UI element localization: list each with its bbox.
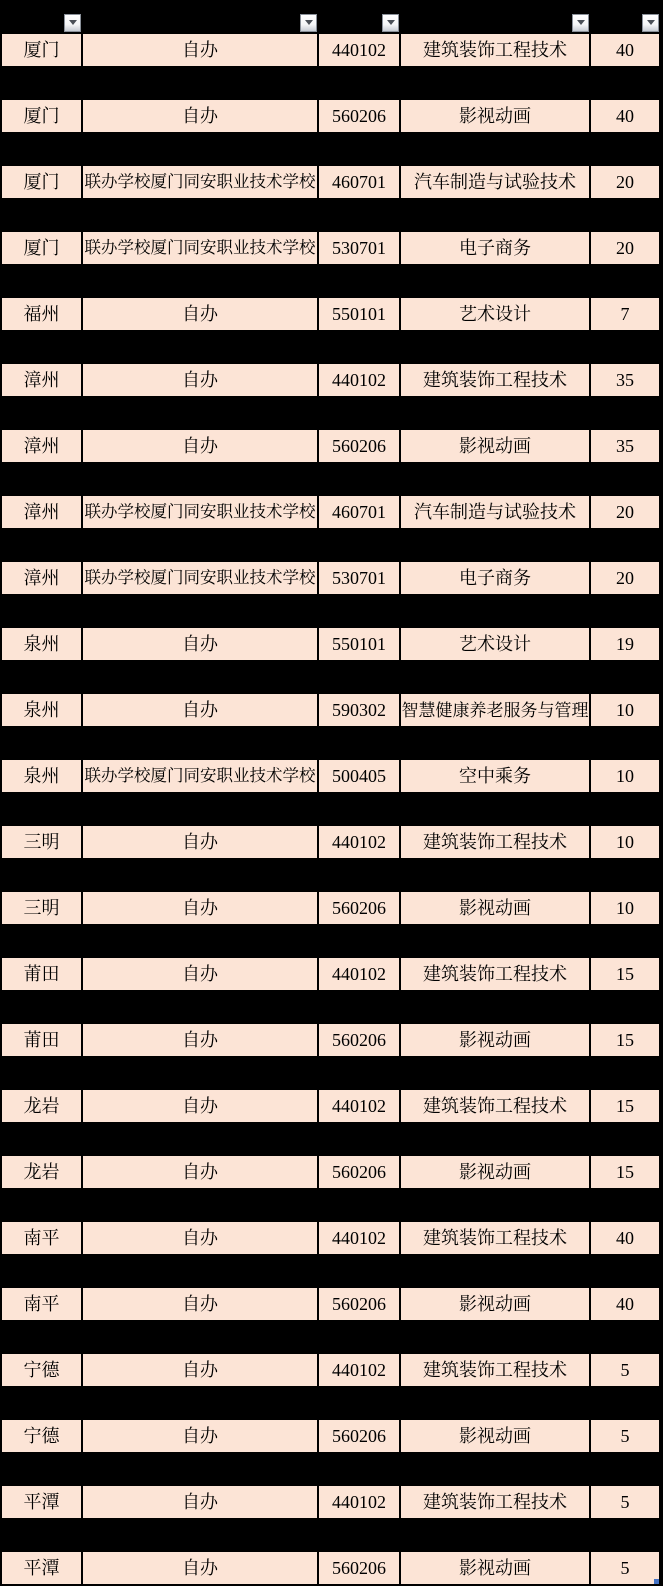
filter-dropdown-icon — [305, 20, 313, 25]
cell-organizer[interactable]: 自办 — [83, 1222, 317, 1254]
table-row: 龙岩 自办 560206 影视动画 15 — [2, 1156, 663, 1188]
table-row: 福州 自办 550101 艺术设计 7 — [2, 298, 663, 330]
filter-header-row — [0, 0, 663, 34]
selection-fill-handle[interactable] — [654, 1579, 659, 1584]
cell-city[interactable]: 厦门 — [2, 166, 81, 198]
table-row: 厦门 自办 560206 影视动画 40 — [2, 100, 663, 132]
cell-major-code[interactable]: 440102 — [319, 34, 399, 66]
cell-major-name[interactable]: 影视动画 — [401, 1552, 589, 1584]
table-row: 漳州 联办学校厦门同安职业技术学校 530701 电子商务 20 — [2, 562, 663, 594]
cell-major-name[interactable]: 影视动画 — [401, 1156, 589, 1188]
cell-quota[interactable]: 35 — [591, 430, 659, 462]
cell-city[interactable]: 莆田 — [2, 1024, 81, 1056]
cell-organizer[interactable]: 自办 — [83, 430, 317, 462]
cell-major-code[interactable]: 460701 — [319, 496, 399, 528]
filter-dropdown-button-major_code[interactable] — [382, 14, 399, 32]
cell-major-name[interactable]: 建筑装饰工程技术 — [401, 958, 589, 990]
cell-major-name[interactable]: 影视动画 — [401, 892, 589, 924]
cell-major-name[interactable]: 影视动画 — [401, 1420, 589, 1452]
cell-major-code[interactable]: 440102 — [319, 364, 399, 396]
cell-quota[interactable]: 5 — [591, 1420, 659, 1452]
filter-dropdown-icon — [69, 20, 77, 25]
cell-major-code[interactable]: 590302 — [319, 694, 399, 726]
cell-city[interactable]: 漳州 — [2, 430, 81, 462]
cell-organizer[interactable]: 联办学校厦门同安职业技术学校 — [83, 496, 317, 528]
cell-major-name[interactable]: 建筑装饰工程技术 — [401, 1090, 589, 1122]
table-row: 龙岩 自办 440102 建筑装饰工程技术 15 — [2, 1090, 663, 1122]
cell-quota[interactable]: 10 — [591, 892, 659, 924]
cell-quota[interactable]: 5 — [591, 1552, 659, 1584]
cell-quota[interactable]: 10 — [591, 760, 659, 792]
table-row: 莆田 自办 440102 建筑装饰工程技术 15 — [2, 958, 663, 990]
cell-major-code[interactable]: 560206 — [319, 1024, 399, 1056]
cell-city[interactable]: 泉州 — [2, 628, 81, 660]
cell-city[interactable]: 泉州 — [2, 760, 81, 792]
cell-quota[interactable]: 20 — [591, 562, 659, 594]
cell-major-code[interactable]: 560206 — [319, 892, 399, 924]
cell-city[interactable]: 莆田 — [2, 958, 81, 990]
cell-organizer[interactable]: 自办 — [83, 298, 317, 330]
table-row: 南平 自办 440102 建筑装饰工程技术 40 — [2, 1222, 663, 1254]
table-row: 漳州 联办学校厦门同安职业技术学校 460701 汽车制造与试验技术 20 — [2, 496, 663, 528]
cell-major-name[interactable]: 电子商务 — [401, 562, 589, 594]
cell-organizer[interactable]: 联办学校厦门同安职业技术学校 — [83, 760, 317, 792]
cell-city[interactable]: 三明 — [2, 892, 81, 924]
cell-city[interactable]: 平潭 — [2, 1486, 81, 1518]
cell-city[interactable]: 南平 — [2, 1222, 81, 1254]
cell-city[interactable]: 平潭 — [2, 1552, 81, 1584]
cell-organizer[interactable]: 自办 — [83, 628, 317, 660]
cell-city[interactable]: 漳州 — [2, 562, 81, 594]
cell-quota[interactable]: 5 — [591, 1354, 659, 1386]
cell-city[interactable]: 福州 — [2, 298, 81, 330]
cell-organizer[interactable]: 自办 — [83, 1354, 317, 1386]
cell-quota[interactable]: 10 — [591, 826, 659, 858]
cell-major-name[interactable]: 电子商务 — [401, 232, 589, 264]
cell-quota[interactable]: 35 — [591, 364, 659, 396]
cell-organizer[interactable]: 自办 — [83, 1486, 317, 1518]
cell-city[interactable]: 三明 — [2, 826, 81, 858]
cell-quota[interactable]: 7 — [591, 298, 659, 330]
cell-major-name[interactable]: 建筑装饰工程技术 — [401, 1486, 589, 1518]
cell-organizer[interactable]: 自办 — [83, 1288, 317, 1320]
cell-quota[interactable]: 15 — [591, 958, 659, 990]
table-row: 三明 自办 560206 影视动画 10 — [2, 892, 663, 924]
cell-major-code[interactable]: 550101 — [319, 298, 399, 330]
cell-quota[interactable]: 20 — [591, 496, 659, 528]
cell-major-code[interactable]: 560206 — [319, 1420, 399, 1452]
cell-major-code[interactable]: 440102 — [319, 958, 399, 990]
filter-dropdown-button-major_name[interactable] — [572, 14, 589, 32]
cell-major-code[interactable]: 440102 — [319, 826, 399, 858]
cell-quota[interactable]: 5 — [591, 1486, 659, 1518]
filter-dropdown-icon — [647, 20, 655, 25]
cell-major-name[interactable]: 建筑装饰工程技术 — [401, 826, 589, 858]
cell-major-code[interactable]: 560206 — [319, 100, 399, 132]
table-row: 漳州 自办 560206 影视动画 35 — [2, 430, 663, 462]
cell-quota[interactable]: 40 — [591, 100, 659, 132]
cell-major-name[interactable]: 建筑装饰工程技术 — [401, 1354, 589, 1386]
cell-major-code[interactable]: 530701 — [319, 562, 399, 594]
cell-quota[interactable]: 15 — [591, 1156, 659, 1188]
cell-major-code[interactable]: 560206 — [319, 1288, 399, 1320]
cell-major-name[interactable]: 艺术设计 — [401, 628, 589, 660]
cell-quota[interactable]: 20 — [591, 232, 659, 264]
table-row: 平潭 自办 560206 影视动画 5 — [2, 1552, 663, 1584]
table-row: 厦门 自办 440102 建筑装饰工程技术 40 — [2, 34, 663, 66]
table-row: 泉州 联办学校厦门同安职业技术学校 500405 空中乘务 10 — [2, 760, 663, 792]
cell-organizer[interactable]: 自办 — [83, 34, 317, 66]
cell-quota[interactable]: 40 — [591, 1288, 659, 1320]
cell-major-code[interactable]: 560206 — [319, 430, 399, 462]
cell-organizer[interactable]: 自办 — [83, 100, 317, 132]
cell-major-name[interactable]: 影视动画 — [401, 1288, 589, 1320]
cell-city[interactable]: 厦门 — [2, 34, 81, 66]
cell-city[interactable]: 宁德 — [2, 1354, 81, 1386]
table-row: 莆田 自办 560206 影视动画 15 — [2, 1024, 663, 1056]
table-row: 三明 自办 440102 建筑装饰工程技术 10 — [2, 826, 663, 858]
cell-major-code[interactable]: 500405 — [319, 760, 399, 792]
cell-organizer[interactable]: 自办 — [83, 1156, 317, 1188]
cell-organizer[interactable]: 自办 — [83, 694, 317, 726]
cell-major-code[interactable]: 560206 — [319, 1552, 399, 1584]
filter-dropdown-icon — [387, 20, 395, 25]
cell-organizer[interactable]: 联办学校厦门同安职业技术学校 — [83, 166, 317, 198]
cell-quota[interactable]: 40 — [591, 34, 659, 66]
cell-city[interactable]: 龙岩 — [2, 1090, 81, 1122]
cell-city[interactable]: 厦门 — [2, 232, 81, 264]
cell-organizer[interactable]: 自办 — [83, 826, 317, 858]
cell-major-name[interactable]: 空中乘务 — [401, 760, 589, 792]
filter-dropdown-button-quota[interactable] — [642, 14, 659, 32]
cell-organizer[interactable]: 自办 — [83, 958, 317, 990]
cell-city[interactable]: 漳州 — [2, 364, 81, 396]
cell-major-code[interactable]: 440102 — [319, 1222, 399, 1254]
cell-organizer[interactable]: 自办 — [83, 1090, 317, 1122]
cell-quota[interactable]: 40 — [591, 1222, 659, 1254]
cell-major-name[interactable]: 艺术设计 — [401, 298, 589, 330]
table-row: 泉州 自办 550101 艺术设计 19 — [2, 628, 663, 660]
cell-major-code[interactable]: 560206 — [319, 1156, 399, 1188]
cell-major-code[interactable]: 460701 — [319, 166, 399, 198]
cell-major-name[interactable]: 智慧健康养老服务与管理 — [401, 694, 589, 726]
cell-major-code[interactable]: 530701 — [319, 232, 399, 264]
cell-city[interactable]: 泉州 — [2, 694, 81, 726]
filter-dropdown-button-city[interactable] — [64, 14, 81, 32]
cell-organizer[interactable]: 自办 — [83, 364, 317, 396]
cell-city[interactable]: 龙岩 — [2, 1156, 81, 1188]
cell-major-name[interactable]: 建筑装饰工程技术 — [401, 1222, 589, 1254]
cell-major-name[interactable]: 建筑装饰工程技术 — [401, 364, 589, 396]
table-row: 宁德 自办 560206 影视动画 5 — [2, 1420, 663, 1452]
cell-major-name[interactable]: 汽车制造与试验技术 — [401, 166, 589, 198]
cell-city[interactable]: 宁德 — [2, 1420, 81, 1452]
table-row: 南平 自办 560206 影视动画 40 — [2, 1288, 663, 1320]
cell-quota[interactable]: 19 — [591, 628, 659, 660]
filter-dropdown-icon — [577, 20, 585, 25]
cell-city[interactable]: 南平 — [2, 1288, 81, 1320]
cell-major-code[interactable]: 550101 — [319, 628, 399, 660]
table-row: 厦门 联办学校厦门同安职业技术学校 460701 汽车制造与试验技术 20 — [2, 166, 663, 198]
cell-city[interactable]: 厦门 — [2, 100, 81, 132]
cell-major-name[interactable]: 汽车制造与试验技术 — [401, 496, 589, 528]
table-row: 泉州 自办 590302 智慧健康养老服务与管理 10 — [2, 694, 663, 726]
table-row: 漳州 自办 440102 建筑装饰工程技术 35 — [2, 364, 663, 396]
cell-major-code[interactable]: 440102 — [319, 1486, 399, 1518]
cell-city[interactable]: 漳州 — [2, 496, 81, 528]
cell-organizer[interactable]: 自办 — [83, 892, 317, 924]
cell-quota[interactable]: 15 — [591, 1090, 659, 1122]
table-row: 厦门 联办学校厦门同安职业技术学校 530701 电子商务 20 — [2, 232, 663, 264]
cell-quota[interactable]: 20 — [591, 166, 659, 198]
filter-dropdown-button-organizer[interactable] — [300, 14, 317, 32]
cell-major-name[interactable]: 建筑装饰工程技术 — [401, 34, 589, 66]
table-row: 宁德 自办 440102 建筑装饰工程技术 5 — [2, 1354, 663, 1386]
cell-organizer[interactable]: 联办学校厦门同安职业技术学校 — [83, 562, 317, 594]
cell-quota[interactable]: 10 — [591, 694, 659, 726]
table-body: 厦门 自办 440102 建筑装饰工程技术 40 厦门 自办 560206 影视… — [0, 34, 663, 1584]
table-row: 平潭 自办 440102 建筑装饰工程技术 5 — [2, 1486, 663, 1518]
spreadsheet-table: 厦门 自办 440102 建筑装饰工程技术 40 厦门 自办 560206 影视… — [0, 0, 663, 1584]
cell-major-name[interactable]: 影视动画 — [401, 100, 589, 132]
cell-organizer[interactable]: 自办 — [83, 1552, 317, 1584]
cell-major-name[interactable]: 影视动画 — [401, 430, 589, 462]
cell-major-name[interactable]: 影视动画 — [401, 1024, 589, 1056]
cell-major-code[interactable]: 440102 — [319, 1354, 399, 1386]
cell-organizer[interactable]: 自办 — [83, 1024, 317, 1056]
cell-organizer[interactable]: 联办学校厦门同安职业技术学校 — [83, 232, 317, 264]
cell-major-code[interactable]: 440102 — [319, 1090, 399, 1122]
cell-organizer[interactable]: 自办 — [83, 1420, 317, 1452]
cell-quota[interactable]: 15 — [591, 1024, 659, 1056]
